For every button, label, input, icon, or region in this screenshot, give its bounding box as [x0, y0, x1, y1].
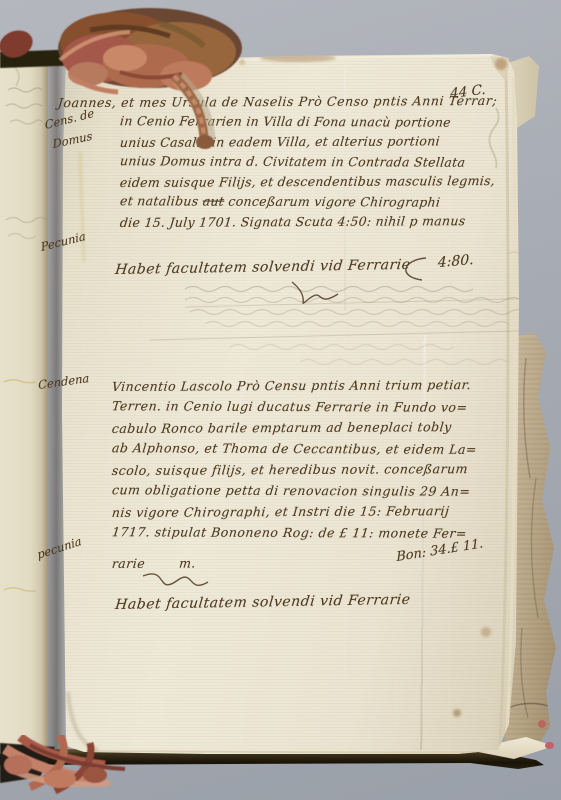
- entry1-struck-word: aut: [202, 194, 225, 209]
- entry1-paragraph: Joannes, et mes Ursula de Naselis Prò Ce…: [120, 92, 497, 232]
- entry2-line: nis vigore Chirographi, et Instri die 15…: [111, 500, 478, 523]
- entry2-line: Vincentio Lascolo Prò Censu pntis Anni t…: [111, 374, 478, 397]
- entry1-line: Joannes, et mes Ursula de Naselis Prò Ce…: [57, 91, 498, 113]
- entry1-line6-post: conceßarum vigore Chirographi: [223, 194, 441, 210]
- entry1-line: unius Domus intra d. Civitatem in Contra…: [119, 151, 498, 173]
- entry2-line9: rarie: [111, 556, 146, 571]
- entry2-line: cabulo Ronco barile emptarum ad beneplac…: [111, 416, 478, 439]
- entry2-line: cum obligatione petta di renovacion sing…: [111, 479, 478, 502]
- entry2-line: Terren. in Cenio lugi ducatus Ferrarie i…: [111, 395, 478, 418]
- entry2-line: 1717. stipulat Bononeno Rog: de £ 11: mo…: [111, 521, 478, 544]
- entry1-line6-pre: et natalibus: [119, 193, 203, 208]
- entry2-line: scolo, suisque filijs, et heredibus novi…: [111, 458, 478, 481]
- entry2-paragraph: Vincentio Lascolo Prò Censu pntis Anni t…: [112, 375, 477, 573]
- entry2-line9-suffix: m.: [178, 553, 197, 574]
- entry1-line: unius Casalis in eadem Villa, et alteriu…: [119, 131, 498, 153]
- entry1-line-with-strikeout: et natalibus aut conceßarum vigore Chiro…: [119, 191, 498, 213]
- ribbon-speck: [545, 742, 554, 749]
- entry1-amount: 4:80.: [438, 252, 474, 271]
- entry2-line: ab Alphonso, et Thoma de Ceccantibus, et…: [111, 437, 478, 460]
- entry1-line: die 15. July 1701. Signata Scuta 4:50: n…: [119, 211, 498, 233]
- entry1-line: in Cenio Ferrarien in Villa di Fona unac…: [119, 111, 498, 133]
- manuscript-scan: 44 C. Cens. de Domus Joannes, et mes Urs…: [0, 0, 561, 800]
- entry1-line: eidem suisque Filijs, et descendentibus …: [119, 171, 498, 193]
